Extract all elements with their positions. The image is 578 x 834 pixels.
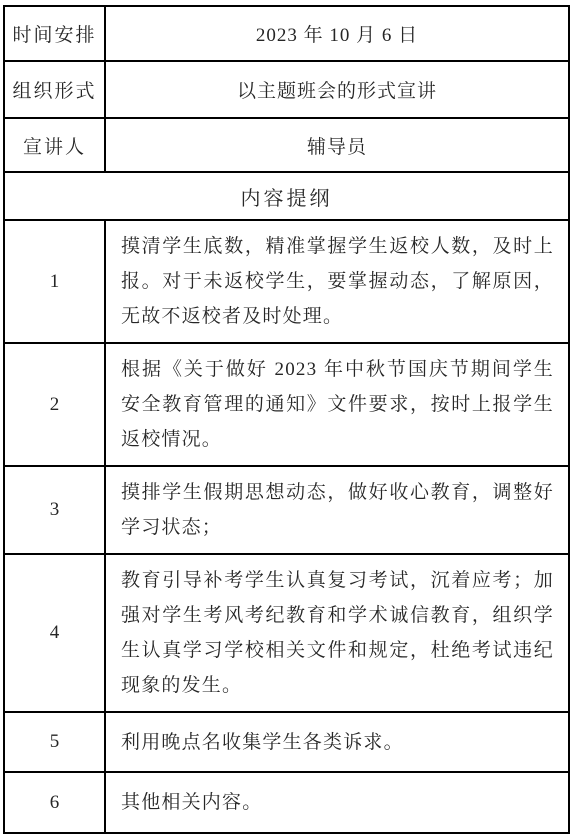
table-row-section-header: 内容提纲 [4,172,569,220]
item-number: 5 [4,712,105,733]
table-row-time: 时间安排 2023 年 10 月 6 日 [4,6,569,61]
table-row-item-2: 2 根据《关于做好 2023 年中秋节国庆节期间学生安全教育管理的通知》文件要求… [4,343,569,466]
table-row-speaker: 宣讲人 辅导员 [4,118,569,172]
section-header: 内容提纲 [4,172,569,220]
table-row-item-1: 1 摸清学生底数，精准掌握学生返校人数，及时上报。对于未返校学生，要掌握动态，了… [4,220,569,343]
item-text: 利用晚点名收集学生各类诉求。 [105,712,569,733]
item-number: 2 [4,343,105,466]
time-label: 时间安排 [4,6,105,61]
item-text: 根据《关于做好 2023 年中秋节国庆节期间学生安全教育管理的通知》文件要求，按… [105,343,569,466]
item-number: 3 [4,466,105,554]
item-text: 教育引导补考学生认真复习考试，沉着应考；加强对学生考风考纪教育和学术诚信教育，组… [105,554,569,712]
table-row-item-5: 5 利用晚点名收集学生各类诉求。 [4,712,569,733]
item-text: 摸排学生假期思想动态，做好收心教育，调整好学习状态； [105,466,569,554]
format-label: 组织形式 [4,61,105,118]
table-row-item-3: 3 摸排学生假期思想动态，做好收心教育，调整好学习状态； [4,466,569,554]
item-number: 4 [4,554,105,712]
item-text: 摸清学生底数，精准掌握学生返校人数，及时上报。对于未返校学生，要掌握动态，了解原… [105,220,569,343]
speaker-value: 辅导员 [105,118,569,172]
item-number: 1 [4,220,105,343]
table-row-format: 组织形式 以主题班会的形式宣讲 [4,61,569,118]
format-value: 以主题班会的形式宣讲 [105,61,569,118]
table-row-item-4: 4 教育引导补考学生认真复习考试，沉着应考；加强对学生考风考纪教育和学术诚信教育… [4,554,569,712]
speaker-label: 宣讲人 [4,118,105,172]
briefing-plan-table: 时间安排 2023 年 10 月 6 日 组织形式 以主题班会的形式宣讲 宣讲人… [3,5,570,733]
time-value: 2023 年 10 月 6 日 [105,6,569,61]
